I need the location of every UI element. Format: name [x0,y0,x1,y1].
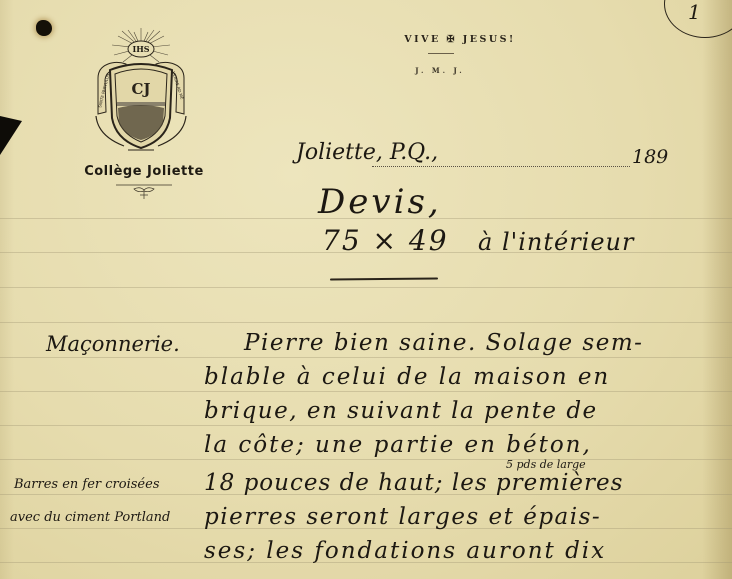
ruled-line [0,357,732,358]
body-line: brique, en suivant la pente de [204,398,598,424]
torn-corner [0,116,22,155]
shield-monogram: CJ [131,80,150,98]
body-line: blable à celui de la maison en [204,364,610,390]
body-line: la côte; une partie en béton, [204,432,592,458]
ruled-line [0,391,732,392]
motto-divider [428,53,454,54]
date-fill-line [372,166,630,167]
ruled-line [0,425,732,426]
body-line: Pierre bien saine. Solage sem- [244,330,643,356]
college-crest-icon: IHS CJ SINITE PARVULOS VENIRE AD ME [88,28,194,154]
dimensions: 75 × 49 [322,224,449,257]
body-line: pierres seront larges et épais- [204,504,601,530]
punch-hole [36,20,52,36]
place-printed: Joliette, P.Q., [296,140,438,165]
ruled-line [0,459,732,460]
document-title: Devis, [318,182,442,222]
sub-motto: J. M. J. [380,66,500,75]
letter-page: IHS CJ SINITE PARVULOS VENIRE AD ME Coll… [0,0,732,579]
body-line: 18 pouces de haut; les premières [204,470,623,496]
ornament-flourish-icon [116,182,172,200]
ruled-line [0,322,732,323]
ihs-monogram: IHS [132,44,149,54]
college-name: Collège Joliette [74,164,214,179]
margin-note-iron-bars: Barres en fer croisées [14,477,160,492]
motto: VIVE ✠ JESUS! [360,34,560,45]
margin-note-cement: avec du ciment Portland [10,510,170,525]
ruled-line [0,287,732,288]
year-printed: 189 [632,146,668,168]
margin-note-masonry: Maçonnerie. [46,332,180,356]
dimensions-note: à l'intérieur [478,228,634,256]
page-number: 1 [688,0,701,24]
body-line: ses; les fondations auront dix [204,538,606,564]
heading-divider [330,277,438,280]
